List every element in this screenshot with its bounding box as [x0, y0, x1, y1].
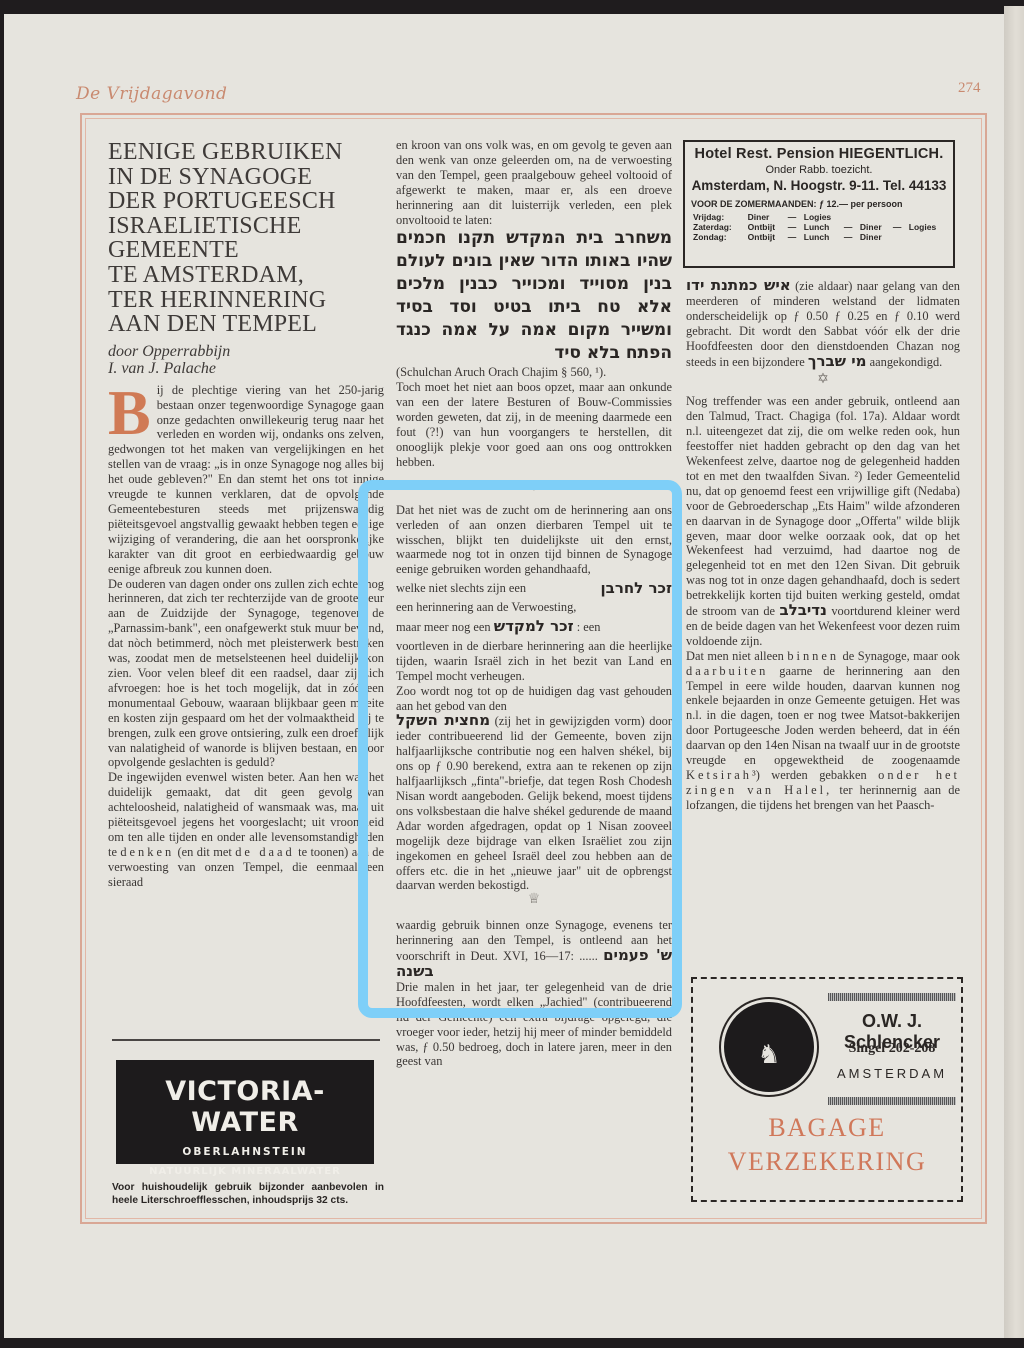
schlencker-insurance-ad: ♞ O.W. J. Schlencker Singel 202-208 AMST… [691, 977, 963, 1202]
citation: (Schulchan Aruch Orach Chajim § 560, ¹). [396, 365, 672, 380]
paragraph-text: maar meer nog een [396, 620, 491, 634]
railway-assurance-seal-icon: ♞ [721, 999, 817, 1095]
paragraph: Zoo wordt nog tot op de huidigen dag vas… [396, 684, 672, 714]
article-column-2: en kroon van ons volk was, en om gevolg … [396, 138, 672, 1069]
paragraph: מחצית השקל (zij het in gewijzigden vorm)… [396, 713, 672, 893]
schedule-item: — [786, 222, 802, 232]
emphasis-text: Ketsirah [686, 768, 752, 782]
schedule-item [907, 212, 947, 222]
schedule-item [907, 232, 947, 242]
paragraph: Nog treffender was een ander gebruik, on… [686, 394, 960, 648]
byline-role: door Opperrabbijn [108, 343, 384, 360]
schedule-item: Diner [746, 212, 786, 222]
title-line: EENIGE GEBRUIKEN [108, 140, 384, 165]
paragraph-text: Nog treffender was een ander gebruik, on… [686, 394, 960, 618]
ad-headline: VERZEKERING [693, 1147, 961, 1177]
paragraph: Toch moet het niet aan boos opzet, maar … [396, 380, 672, 469]
hebrew-quote: משחרב בית המקדש תקנו חכמים שהיו באותו הד… [396, 227, 672, 365]
schedule-item: Lunch [802, 232, 842, 242]
paragraph-text: (zij het in gewijzigden vorm) door ieder… [396, 714, 672, 892]
hotel-schedule: Vrijdag: Diner — Logies Zaterdag: Ontbij… [691, 212, 947, 242]
hebrew-inline: מי שברך [808, 352, 867, 370]
decorative-bar [828, 1097, 956, 1105]
schedule-row: Zaterdag: Ontbijt — Lunch — Diner — Logi… [691, 222, 947, 232]
paragraph-text: ³) werden gebakken [752, 768, 867, 782]
schedule-item: Ontbijt [746, 222, 786, 232]
title-line: AAN DEN TEMPEL [108, 312, 384, 337]
paragraph: waardig gebruik binnen onze Synagoge, ev… [396, 918, 672, 980]
hotel-offer: VOOR DE ZOMERMAANDEN: ƒ 12.— per persoon [691, 199, 947, 209]
paragraph: Bij de plechtige viering van het 250-jar… [108, 383, 384, 577]
schedule-item: — [842, 222, 858, 232]
paragraph: Drie malen in het jaar, ter gelegenheid … [396, 980, 672, 1069]
paragraph: en kroon van ons volk was, en om gevolg … [396, 138, 672, 227]
emphasis-text: daarbuiten [686, 664, 768, 678]
victoria-ad-caption: Voor huishoudelijk gebruik bijzonder aan… [112, 1181, 384, 1207]
byline-author: I. van J. Palache [108, 360, 384, 377]
schedule-row: Vrijdag: Diner — Logies [691, 212, 947, 222]
paragraph: welke niet slechts zijn een זכר לחרבן [396, 581, 672, 596]
paragraph: איש כמתנת ידו (zie aldaar) naar gelang v… [686, 278, 960, 369]
ornament-icon: ˅ [396, 482, 672, 497]
hebrew-inline: זכר לחרבן [601, 581, 672, 596]
schedule-item: — [786, 232, 802, 242]
title-line: TER HERINNERING [108, 288, 384, 313]
byline: door Opperrabbijn I. van J. Palache [108, 343, 384, 377]
paragraph: De ouderen van dagen onder ons zullen zi… [108, 577, 384, 771]
drop-cap: B [108, 387, 151, 439]
schedule-item: Logies [802, 212, 842, 222]
schedule-item: Diner [858, 222, 891, 232]
page-number: 274 [958, 80, 981, 97]
schedule-day: Zaterdag: [691, 222, 746, 232]
hotel-ad: Hotel Rest. Pension HIEGENTLICH. Onder R… [683, 140, 955, 268]
emphasis-text: denken [120, 845, 174, 859]
article-column-3: איש כמתנת ידו (zie aldaar) naar gelang v… [686, 278, 960, 813]
ad-city: AMSTERDAM [823, 1066, 961, 1081]
hebrew-inline: מחצית השקל [396, 711, 490, 729]
schedule-item: — [786, 212, 802, 222]
title-line: GEMEENTE [108, 238, 384, 263]
schedule-item [891, 212, 907, 222]
schedule-item: Ontbijt [746, 232, 786, 242]
title-line: ISRAELIETISCHE [108, 214, 384, 239]
paragraph: Dat men niet alleen binnen de Synagoge, … [686, 649, 960, 813]
ad-headline: BAGAGE [693, 1113, 961, 1143]
schedule-item [858, 212, 891, 222]
victoria-water-ad: VICTORIA-WATER OBERLAHNSTEIN NATUURLIJK … [116, 1060, 374, 1164]
hotel-address: Amsterdam, N. Hoogstr. 9-11. Tel. 44133 [691, 178, 947, 193]
schedule-item: Lunch [802, 222, 842, 232]
schedule-item: Logies [907, 222, 947, 232]
ad-brand: VICTORIA-WATER [116, 1076, 374, 1138]
decorative-bar [828, 993, 956, 1001]
hotel-supervision: Onder Rabb. toezicht. [691, 164, 947, 176]
title-line: DER PORTUGEESCH [108, 189, 384, 214]
running-head: De Vrijdagavond [76, 84, 227, 104]
book-page-edge [1004, 6, 1024, 1338]
paragraph-text: : een [577, 620, 601, 634]
paragraph: een herinnering aan de Verwoesting, [396, 600, 672, 615]
title-line: IN DE SYNAGOGE [108, 165, 384, 190]
schedule-item: — [842, 232, 858, 242]
paragraph-text: de Synagoge, maar ook [843, 649, 960, 663]
ad-tagline: NATUURLIJK MINERAALWATER [116, 1166, 374, 1177]
emphasis-text: de daad [235, 845, 294, 859]
schedule-item [891, 232, 907, 242]
star-of-david-ornament-icon: ✡ [686, 373, 960, 388]
title-line: TE AMSTERDAM, [108, 263, 384, 288]
schedule-item: — [891, 222, 907, 232]
article-column-1: EENIGE GEBRUIKEN IN DE SYNAGOGE DER PORT… [108, 140, 384, 890]
hebrew-inline: איש כמתנת ידו [686, 276, 791, 294]
ad-origin: OBERLAHNSTEIN [116, 1146, 374, 1158]
paragraph-text: (en dit met [178, 845, 232, 859]
paragraph-text: Dat men niet alleen [686, 649, 784, 663]
paragraph-text: aangekondigd. [870, 355, 943, 369]
paragraph: Dat het niet was de zucht om de herinner… [396, 503, 672, 578]
schedule-item [842, 212, 858, 222]
ornament-icon: ♕ [396, 893, 672, 908]
schedule-day: Zondag: [691, 232, 746, 242]
ad-address: Singel 202-208 [823, 1041, 961, 1057]
paragraph: De ingewijden evenwel wisten beter. Aan … [108, 770, 384, 889]
schedule-row: Zondag: Ontbijt — Lunch — Diner [691, 232, 947, 242]
divider-rule [112, 1039, 380, 1041]
schedule-item: Diner [858, 232, 891, 242]
schedule-day: Vrijdag: [691, 212, 746, 222]
hotel-name: Hotel Rest. Pension HIEGENTLICH. [691, 146, 947, 162]
paragraph-text: welke niet slechts zijn een [396, 581, 526, 595]
hebrew-inline: נדיבלב [780, 601, 827, 619]
paragraph-text: gaarne de herinnering aan den Tempel in … [686, 664, 960, 767]
emphasis-text: binnen [787, 649, 839, 663]
hebrew-inline: זכר למקדש [494, 617, 574, 635]
paragraph: maar meer nog een זכר למקדש : een [396, 619, 672, 635]
paragraph: voortleven in de dierbare herinnering aa… [396, 639, 672, 684]
article-title: EENIGE GEBRUIKEN IN DE SYNAGOGE DER PORT… [108, 140, 384, 337]
